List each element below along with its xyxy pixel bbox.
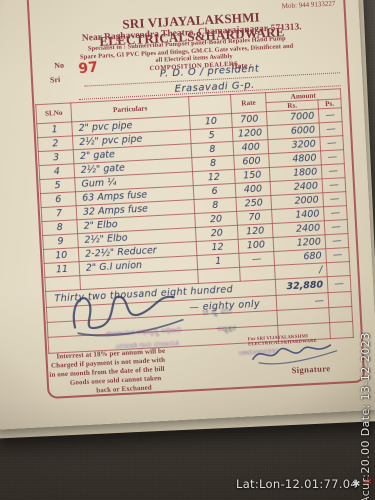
gps-latlon-text: Lat:Lon-12.01:77.04 bbox=[236, 477, 358, 491]
bill-photo: Ph : (R)224374 Mob: 944 9133227 SRI VIJA… bbox=[0, 0, 375, 500]
cell-rate: — bbox=[239, 251, 275, 267]
total-ps: — bbox=[327, 276, 351, 293]
cell-amount-ps: — bbox=[318, 108, 342, 123]
col-header-rate: Rate bbox=[231, 93, 267, 114]
col-header-qty bbox=[189, 95, 232, 116]
signature-label: Signature bbox=[291, 363, 330, 375]
no-label: No bbox=[54, 61, 64, 70]
cell-amount-ps: — bbox=[321, 164, 345, 179]
gps-accuracy-date-text: Acur:20.00 Date: 13-12-2023 bbox=[359, 308, 374, 500]
cell-amount-ps: — bbox=[321, 150, 345, 165]
cell-amount-ps: — bbox=[326, 248, 350, 263]
cell-qty: 1 bbox=[197, 253, 240, 269]
cell-amount-ps: — bbox=[324, 220, 348, 235]
total-rs-dash: — bbox=[276, 293, 329, 311]
cell-slno: 11 bbox=[44, 262, 80, 278]
kannada-note-handwritten: ಚಿ ನ್ನೆ ಮು bbox=[202, 306, 232, 318]
receipt-paper: Ph : (R)224374 Mob: 944 9133227 SRI VIJA… bbox=[0, 0, 375, 430]
cell-amount-ps: — bbox=[325, 234, 349, 249]
cell-amount-ps: — bbox=[323, 192, 347, 207]
cell-amount-ps: — bbox=[322, 178, 346, 193]
cell-amount-ps: — bbox=[324, 206, 348, 221]
bill-number: 97 bbox=[78, 59, 99, 77]
sri-label: Sri bbox=[50, 75, 61, 85]
cell-amount-ps: — bbox=[320, 136, 344, 151]
col-header-slno: SLNo bbox=[36, 103, 72, 124]
cell-amount-ps: — bbox=[319, 122, 343, 137]
